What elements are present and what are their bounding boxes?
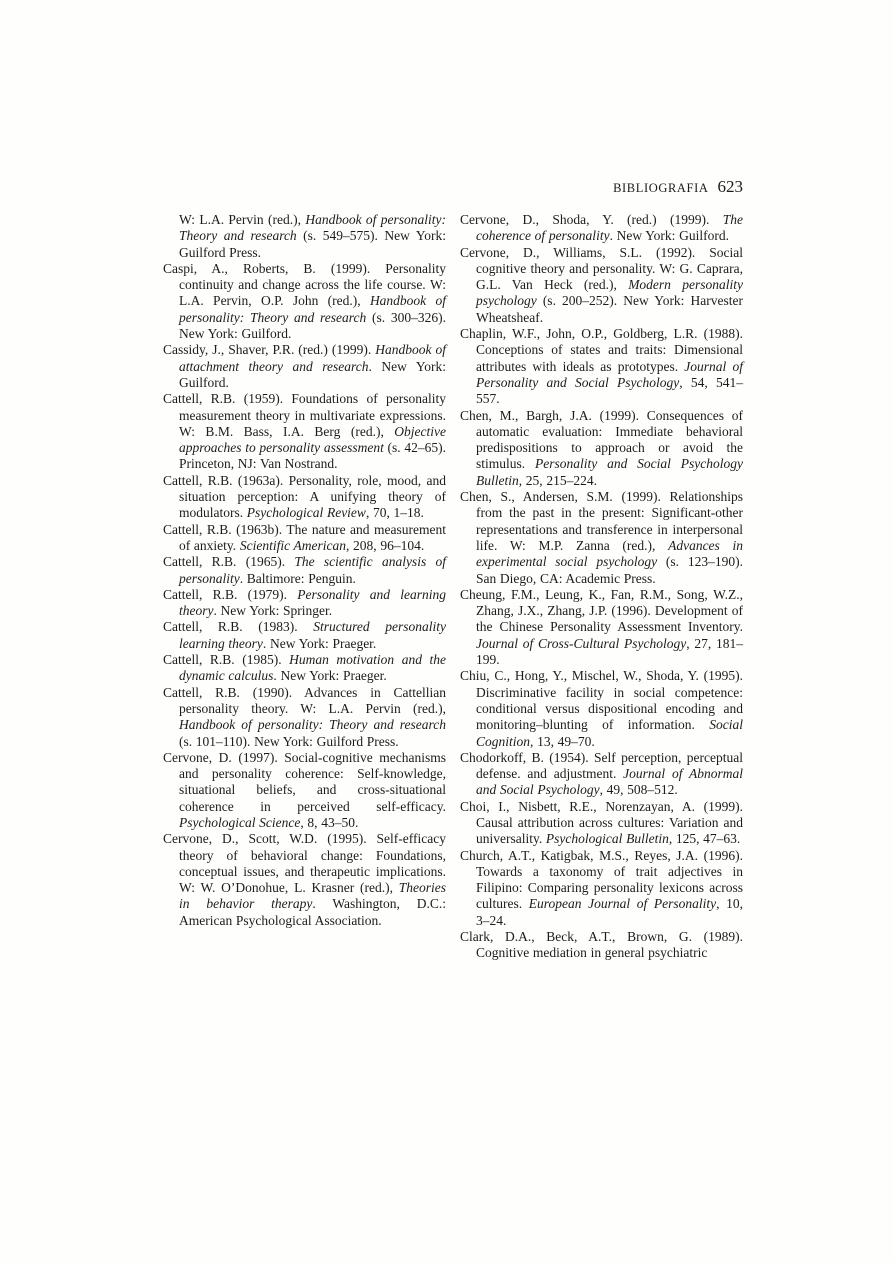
reference-entry: Chiu, C., Hong, Y., Mischel, W., Shoda, … <box>460 668 743 749</box>
reference-entry: Church, A.T., Katigbak, M.S., Reyes, J.A… <box>460 848 743 929</box>
reference-entry: Cervone, D. (1997). Social-cognitive mec… <box>163 750 446 831</box>
reference-entry: Cattell, R.B. (1963b). The nature and me… <box>163 522 446 555</box>
reference-entry: Cattell, R.B. (1965). The scientific ana… <box>163 554 446 587</box>
reference-entry: Chen, M., Bargh, J.A. (1999). Consequenc… <box>460 408 743 489</box>
reference-entry: Chen, S., Andersen, S.M. (1999). Relatio… <box>460 489 743 587</box>
reference-entry: Chodorkoff, B. (1954). Self perception, … <box>460 750 743 799</box>
reference-entry: W: L.A. Pervin (red.), Handbook of perso… <box>163 212 446 261</box>
reference-entry: Cheung, F.M., Leung, K., Fan, R.M., Song… <box>460 587 743 668</box>
reference-entry: Chaplin, W.F., John, O.P., Goldberg, L.R… <box>460 326 743 407</box>
reference-entry: Cattell, R.B. (1985). Human motivation a… <box>163 652 446 685</box>
reference-entry: Cervone, D., Scott, W.D. (1995). Self-ef… <box>163 831 446 929</box>
page-number: 623 <box>718 177 744 196</box>
reference-entry: Cattell, R.B. (1979). Personality and le… <box>163 587 446 620</box>
reference-entry: Clark, D.A., Beck, A.T., Brown, G. (1989… <box>460 929 743 962</box>
reference-entry: Cervone, D., Shoda, Y. (red.) (1999). Th… <box>460 212 743 245</box>
reference-entry: Cattell, R.B. (1983). Structured persona… <box>163 619 446 652</box>
reference-entry: Choi, I., Nisbett, R.E., Norenzayan, A. … <box>460 799 743 848</box>
book-page: BIBLIOGRAFIA623 W: L.A. Pervin (red.), H… <box>0 0 893 1263</box>
reference-entry: Cattell, R.B. (1959). Foundations of per… <box>163 391 446 472</box>
reference-entry: Cattell, R.B. (1990). Advances in Cattel… <box>163 685 446 750</box>
running-head: BIBLIOGRAFIA623 <box>163 177 743 197</box>
right-column: Cervone, D., Shoda, Y. (red.) (1999). Th… <box>460 212 743 962</box>
bibliography-title: BIBLIOGRAFIA <box>613 181 708 195</box>
reference-entry: Cervone, D., Williams, S.L. (1992). Soci… <box>460 245 743 326</box>
reference-entry: Cassidy, J., Shaver, P.R. (red.) (1999).… <box>163 342 446 391</box>
left-column: W: L.A. Pervin (red.), Handbook of perso… <box>163 212 446 929</box>
reference-entry: Caspi, A., Roberts, B. (1999). Personali… <box>163 261 446 342</box>
reference-entry: Cattell, R.B. (1963a). Personality, role… <box>163 473 446 522</box>
